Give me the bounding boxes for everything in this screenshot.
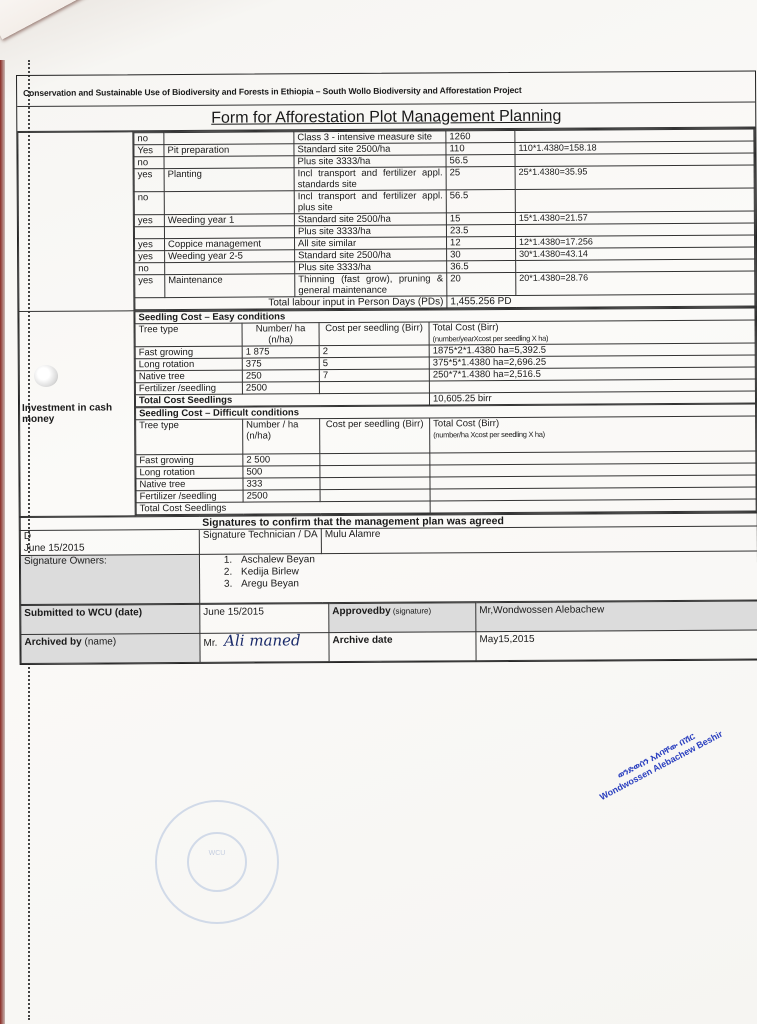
labour-yes-no: Yes [134,145,164,157]
labour-activity: Pit preparation [164,144,294,157]
round-seal-stamp: WCU [155,800,279,924]
submitted-label: Submitted to WCU (date) [21,604,200,634]
agreement-date-cell: D June 15/2015 [20,529,199,555]
labour-calculation: 20*1.4380=28.76 [516,271,755,295]
tree-type: Long rotation [135,358,242,371]
labour-person-days: 110 [446,142,515,154]
labour-activity [164,156,294,169]
tree-type: Fast growing [136,454,243,467]
seedling-difficult-table: Seedling Cost – Difficult conditions Tre… [135,403,757,515]
labour-yes-no: no [134,192,164,215]
archive-date-value: May15,2015 [476,630,757,661]
labour-site-type: Thinning (fast grow), pruning & general … [295,273,447,297]
labour-yes-no: yes [135,251,165,263]
tree-type: Native tree [136,478,243,491]
submitted-value: June 15/2015 [200,604,329,634]
labour-calculation: 25*1.4380=35.95 [515,165,754,189]
technician-label: Signature Technician / DA [199,529,321,555]
project-header: Conservation and Sustainable Use of Biod… [17,71,755,107]
number-per-ha: 2500 [242,382,319,394]
cost-per-seedling: 7 [319,369,429,382]
signatures-heading-spacer [20,516,199,530]
seedling-easy-table: Seedling Cost – Easy conditions Tree typ… [134,307,756,407]
labour-site-type: Standard site 2500/ha [295,249,447,262]
labour-left-margin [18,132,134,312]
tree-type: Native tree [135,370,242,383]
number-per-ha: 1 875 [242,346,319,358]
easy-col-number: Number/ ha (n/ha) [242,323,319,346]
number-per-ha: 500 [243,466,320,478]
labour-person-days: 23.5 [446,224,515,236]
cost-per-seedling [320,489,430,502]
labour-table: noClass 3 - intensive measure site1260Ye… [133,128,755,310]
difficult-col-number: Number / ha (n/ha) [243,419,320,454]
labour-site-type: Plus site 3333/ha [294,225,446,238]
tree-type: Fast growing [135,346,242,359]
owner-name: Aregu Beyan [235,576,754,591]
labour-yes-no [134,227,164,239]
main-grid: noClass 3 - intensive measure site1260Ye… [17,127,757,517]
labour-activity [164,226,294,239]
owners-label: Signature Owners: [20,554,199,604]
labour-activity [165,262,295,275]
approved-label-main: Approvedby [332,606,390,617]
labour-site-type: Incl transport and fertilizer appl. plus… [294,190,446,214]
tree-type: Long rotation [136,466,243,479]
labour-total-label: Total labour input in Person Days (PDs) [135,296,447,310]
tree-type: Fertilizer /seedling [136,490,243,503]
seal-inner-ring [187,832,247,892]
labour-calculation [515,188,754,212]
signatures-table: Signatures to confirm that the managemen… [20,512,757,605]
labour-activity: Coppice management [165,238,295,251]
difficult-col-total-note: (number/ha Xcost per seedling X ha) [433,428,752,441]
labour-person-days: 12 [446,236,515,248]
cost-per-seedling: 5 [319,357,429,370]
number-per-ha: 333 [243,478,320,490]
labour-yes-no: yes [135,275,165,298]
labour-person-days: 56.5 [446,154,515,166]
labour-site-type: Standard site 2500/ha [294,213,446,226]
labour-activity: Maintenance [165,274,295,298]
cost-per-seedling: 2 [319,345,429,358]
easy-total-label: Total Cost Seedlings [135,393,429,407]
cost-per-seedling [319,381,429,394]
labour-person-days: 1260 [446,130,515,142]
labour-site-type: Incl transport and fertilizer appl. stan… [294,167,446,191]
submission-table: Submitted to WCU (date) June 15/2015 App… [20,600,757,664]
archive-date-label: Archive date [329,632,476,662]
afforestation-form: Conservation and Sustainable Use of Biod… [16,70,757,665]
cost-per-seedling [320,465,430,478]
difficult-col-cost: Cost per seedling (Birr) [320,418,430,454]
difficult-total-label: Total Cost Seedlings [136,501,430,515]
cost-per-seedling [320,453,430,466]
labour-site-type: Standard site 2500/ha [294,143,446,156]
agreement-date-value: June 15/2015 [24,542,196,555]
labour-yes-no: yes [134,215,164,227]
binder-edge [0,60,5,1024]
easy-col-type: Tree type [135,323,242,347]
labour-activity: Weeding year 1 [164,214,294,227]
labour-total-value: 1,455.256 PD [447,294,755,308]
difficult-total-value [430,499,756,513]
archived-label-note: (name) [82,636,117,647]
difficult-col-total: Total Cost (Birr) (number/ha Xcost per s… [430,416,756,453]
approved-label-note: (signature) [391,606,432,615]
labour-site-type: Plus site 3333/ha [294,155,446,168]
labour-person-days: 56.5 [446,189,515,212]
labour-person-days: 15 [446,212,515,224]
tree-type: Fertilizer /seedling [135,382,242,395]
handwritten-signature: Ali maned [224,631,301,649]
investment-label: Investment in cash money [19,311,135,517]
labour-person-days: 20 [447,272,516,295]
labour-activity: Planting [164,168,294,192]
labour-site-type: All site similar [294,237,446,250]
labour-yes-no: yes [134,169,164,192]
labour-site-type: Plus site 3333/ha [295,261,447,274]
approved-label: Approvedby (signature) [329,603,476,633]
labour-yes-no: no [135,263,165,275]
number-per-ha: 2 500 [243,454,320,466]
labour-activity [164,132,294,145]
technician-name: Mulu Alamre [321,526,757,554]
archived-label: Archived by (name) [21,633,200,663]
labour-activity [164,191,294,215]
easy-col-total: Total Cost (Birr) (number/yearXcost per … [429,320,755,345]
difficult-col-type: Tree type [136,419,243,455]
archived-label-main: Archived by [24,637,81,648]
owners-list: Aschalew BeyanKedija BirlewAregu Beyan [203,552,754,591]
agreement-date-label: D [24,530,196,543]
seal-text: WCU [157,850,277,857]
owners-cell: Aschalew BeyanKedija BirlewAregu Beyan [199,551,757,603]
labour-person-days: 25 [446,166,515,189]
labour-person-days: 36.5 [447,260,516,272]
number-per-ha: 2500 [243,490,320,502]
labour-activity: Weeding year 2-5 [165,250,295,263]
number-per-ha: 375 [242,358,319,370]
labour-yes-no: yes [135,239,165,251]
approved-value: Mr,Wondwossen Alebachew [476,601,757,632]
labour-person-days: 30 [447,248,516,260]
archived-by-cell: Mr. Ali maned [200,633,329,663]
labour-yes-no: no [134,133,164,145]
number-per-ha: 250 [242,370,319,382]
labour-site-type: Class 3 - intensive measure site [294,131,446,144]
archived-prefix: Mr. [203,638,217,649]
cost-per-seedling [320,477,430,490]
easy-col-cost: Cost per seedling (Birr) [319,322,429,346]
labour-yes-no: no [134,157,164,169]
